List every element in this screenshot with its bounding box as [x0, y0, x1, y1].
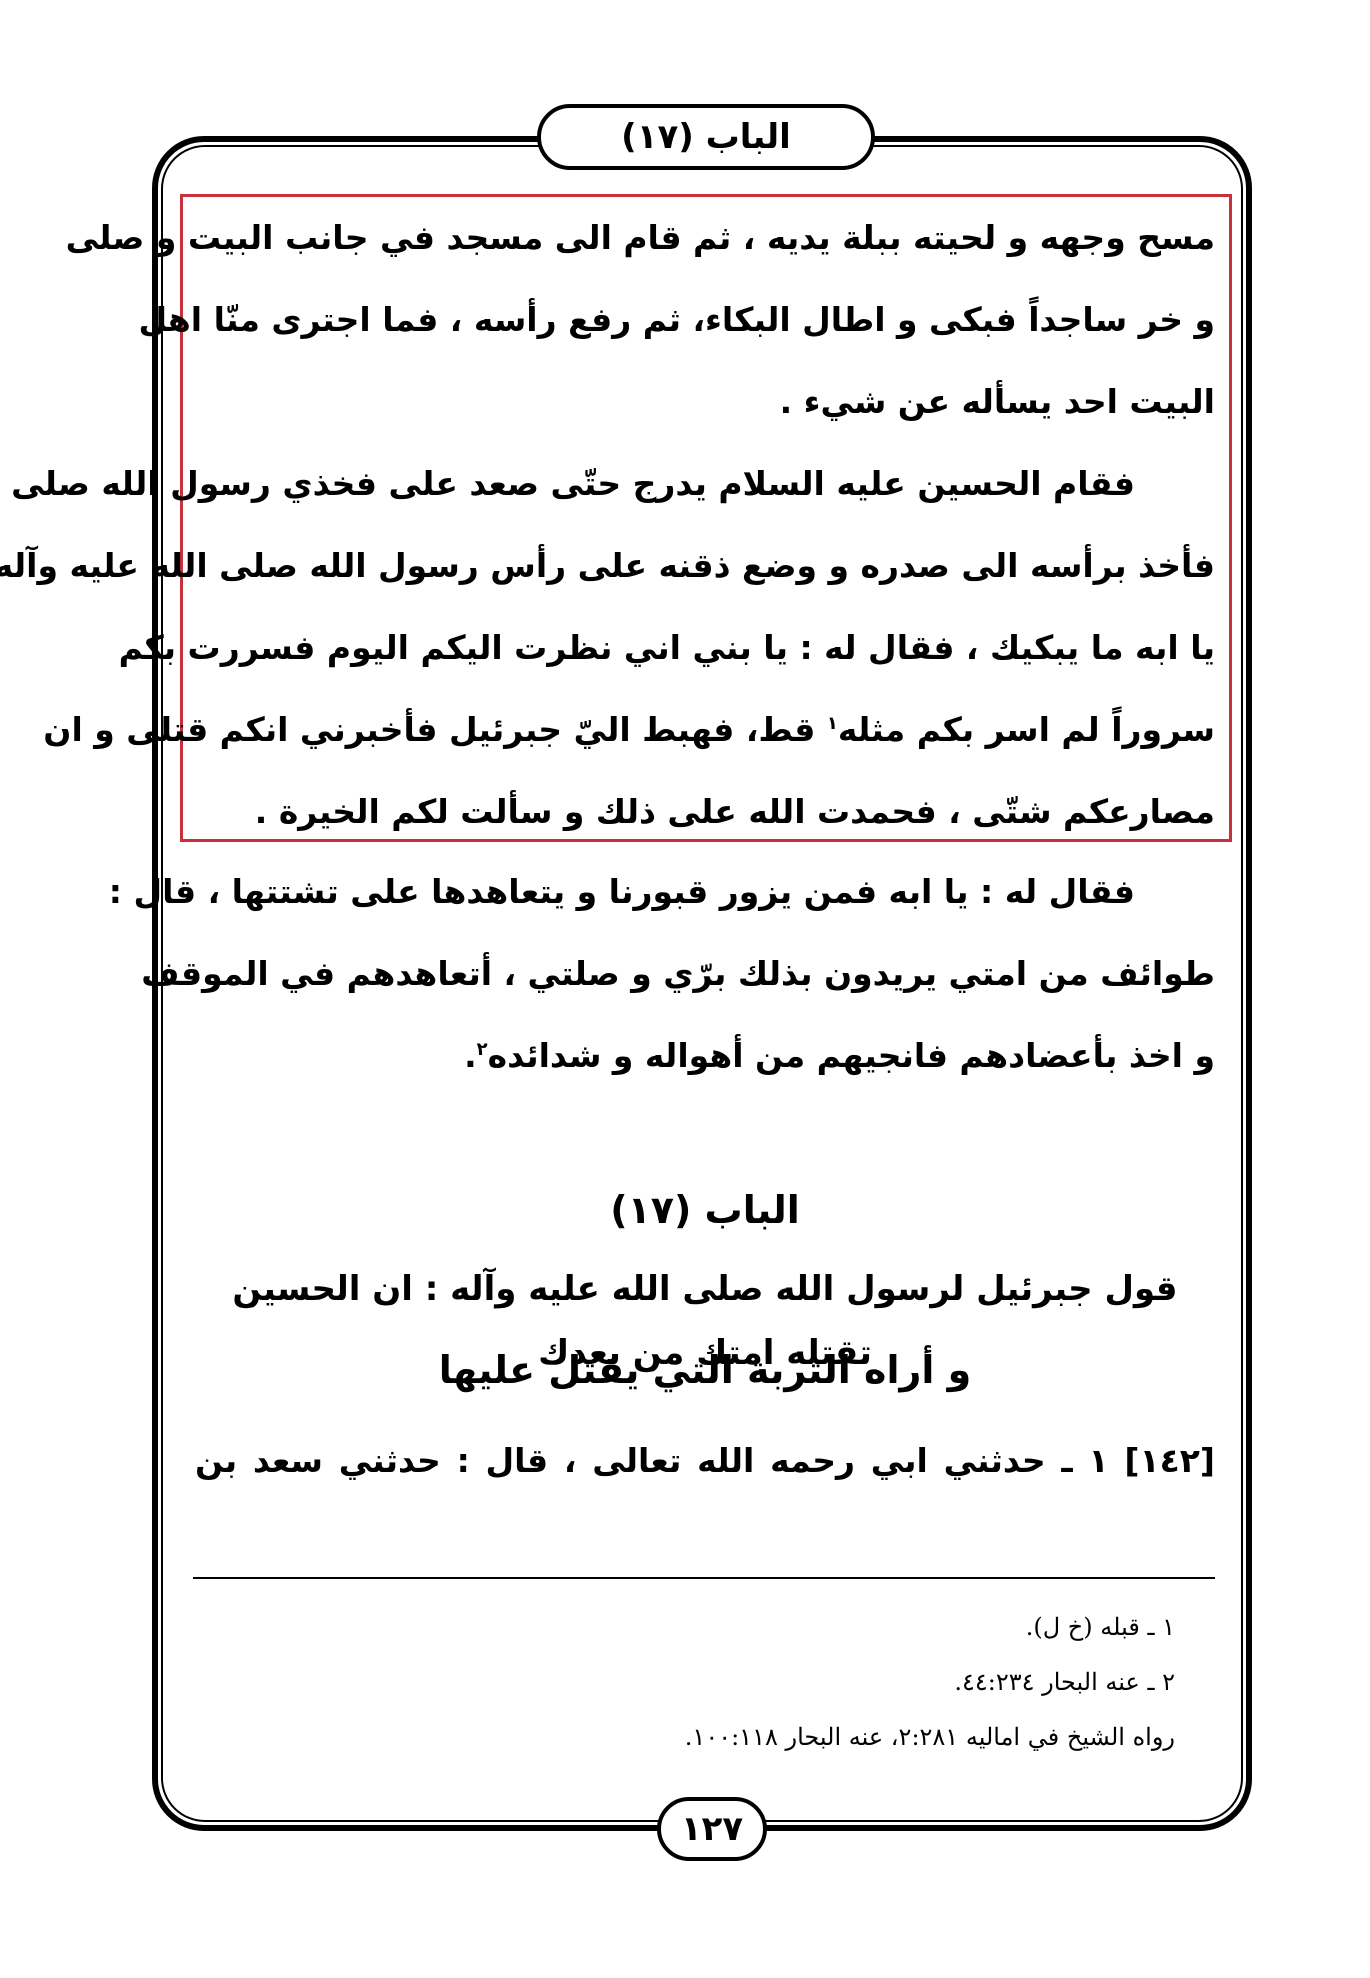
footnote-divider: [193, 1577, 1215, 1579]
chapter-title-line-2: و أراه التربة التي يقتل عليها: [195, 1338, 1215, 1402]
footnotes: ١ ـ قبله (خ ل). ٢ ـ عنه البحار ٤٤:٢٣٤. ر…: [500, 1600, 1175, 1765]
running-header-label: الباب (١٧): [621, 117, 791, 157]
passage-line-part: قط، فهبط اليّ جبرئيل فأخبرني انكم قتلى و…: [43, 710, 815, 749]
passage-line: مسح وجهه و لحيته ببلة يديه ، ثم قام الى …: [195, 197, 1215, 279]
passage-line-part: سروراً لم اسر بكم مثله: [838, 710, 1215, 749]
page-number: ١٢٧: [681, 1809, 743, 1849]
highlighted-passage: مسح وجهه و لحيته ببلة يديه ، ثم قام الى …: [195, 197, 1215, 853]
chapter-number: الباب (١٧): [195, 1178, 1215, 1242]
paragraph-line: و اخذ بأعضادهم فانجيهم من أهواله و شدائد…: [195, 1015, 1215, 1097]
paragraph-line: فقال له : يا ابه فمن يزور قبورنا و يتعاه…: [195, 851, 1215, 933]
paragraph-line-part: و اخذ بأعضادهم فانجيهم من أهواله و شدائد…: [488, 1036, 1215, 1075]
footnote-ref-1[interactable]: ١: [827, 713, 838, 734]
passage-line: و خر ساجداً فبكى و اطال البكاء، ثم رفع ر…: [195, 279, 1215, 361]
passage-line: سروراً لم اسر بكم مثله١ قط، فهبط اليّ جب…: [195, 689, 1215, 771]
passage-line: البيت احد يسأله عن شيء .: [195, 361, 1215, 443]
footnote-ref-2[interactable]: ٢: [477, 1039, 488, 1060]
paragraph-line: طوائف من امتي يريدون بذلك برّي و صلتي ، …: [195, 933, 1215, 1015]
passage-line: مصارعكم شتّى ، فحمدت الله على ذلك و سألت…: [195, 771, 1215, 853]
footnote-1: ١ ـ قبله (خ ل).: [500, 1600, 1175, 1655]
continuation-paragraph: فقال له : يا ابه فمن يزور قبورنا و يتعاه…: [195, 851, 1215, 1097]
hadith-opening: [١٤٢] ١ ـ حدثني ابي رحمه الله تعالى ، قا…: [195, 1420, 1215, 1502]
passage-line: يا ابه ما يبكيك ، فقال له : يا بني اني ن…: [195, 607, 1215, 689]
footnote-source: رواه الشيخ في اماليه ٢:٢٨١، عنه البحار ١…: [500, 1710, 1175, 1765]
passage-line: فقام الحسين عليه السلام يدرج حتّى صعد عل…: [195, 443, 1215, 525]
hadith-line: [١٤٢] ١ ـ حدثني ابي رحمه الله تعالى ، قا…: [195, 1420, 1215, 1502]
passage-line: فأخذ برأسه الى صدره و وضع ذقنه على رأس ر…: [195, 525, 1215, 607]
page-number-badge: ١٢٧: [657, 1797, 767, 1861]
footnote-2: ٢ ـ عنه البحار ٤٤:٢٣٤.: [500, 1655, 1175, 1710]
end-punctuation: .: [464, 1036, 477, 1075]
running-header: الباب (١٧): [537, 104, 875, 170]
